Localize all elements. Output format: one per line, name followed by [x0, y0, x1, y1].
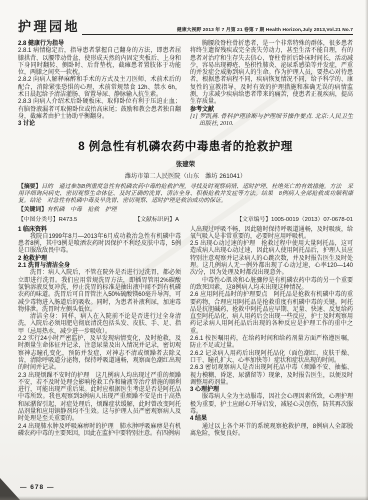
paragraph: 2.8.2 向病人解释麻醉和手术的方式及主刀医师、术前术后的配合，消除紧张恐惧的…: [18, 77, 181, 99]
paragraph: 2.6.3 密切观察病人是否出现阿托品中毒（烦躁不安、抽搐、视力模糊、昏迷、尿潴…: [190, 365, 353, 387]
page-content: 护理园地 健康大视野 2013 年 7 月第 21 卷第 7 期 Health …: [18, 20, 353, 438]
paragraph: 我院自1999年8月—2013年6月成功救治急性有机磷中毒患者8例，其中3例是喷…: [18, 234, 181, 256]
paragraph: 胸腰段脊柱骨折患者，是一个非常特殊的群体，很多患者将终生遗留残疾或完全丧失劳动力…: [190, 41, 353, 107]
document-code: 【文献标识码】A: [135, 216, 179, 224]
previous-article-body: 2.8 健康行为指导2.8.1 病情稳定后，指导患者掌握自己翻身的方法，即患者屈…: [18, 41, 353, 129]
keywords-text: 有机磷 中毒 抢救 护理: [47, 207, 117, 213]
abstract: 【摘要】目的 通过参加8例重度急性有机磷农药中毒的抢救护理，寻找及时观察病情、适…: [18, 184, 353, 205]
paragraph: 通过以上各个环节的系统观察抢救护理，8例病人全部脱离危险，恢复良好。: [190, 424, 353, 439]
section-heading: 4 结果: [190, 416, 353, 423]
article-body: 1 临床资料我院自1999年8月—2013年6月成功救治急性有机磷中毒患者8例，…: [18, 227, 353, 439]
body-right-column: 人出现过呼吸不畅，因此随时保持呼吸道通畅，及时吸痰，给氧气吸入是非常重要的，必要…: [190, 227, 353, 439]
section-heading: 1 临床资料: [18, 227, 181, 234]
paragraph: 2.6.2 记录病人用药后出现阿托品化（面色潮红、皮肤干燥、口干、瞳孔扩大、心率…: [190, 351, 353, 366]
section-heading: 3 讨论: [18, 121, 181, 128]
issue-info: 健康大视野 2013 年 7 月第 21 卷第 7 期 Health Horiz…: [177, 26, 353, 35]
paragraph: 2.6 应用阿托品时的护理要点 阿托品是抢救有机磷中毒的重要药物，合理应用阿托品…: [190, 292, 353, 336]
keywords-label: 【关键词】: [18, 207, 47, 213]
abstract-text: 目的 通过参加8例重度急性有机磷农药中毒的抢救护理，寻找及时观察病情、适时护理、…: [18, 184, 353, 204]
scanned-journal-page: 护理园地 健康大视野 2013 年 7 月第 21 卷第 7 期 Health …: [0, 0, 368, 500]
paragraph: 2.6.1 按医嘱用药，在给药时间和给药剂量方面严格遵医嘱，防止不足或过量。: [190, 336, 353, 351]
paragraph: 中毒性心肌炎和心脏骤停是有机磷农药中毒的另一个重要的致死因素，这8例病人均未出现…: [190, 278, 353, 293]
abstract-label: 【摘要】: [18, 184, 41, 190]
paragraph: 2.2 实行24小时严密监护，及早发现病情变化，及时抢救，及时测量生命体征并记录…: [18, 336, 181, 372]
author-name: 张建荣: [18, 159, 353, 168]
header-rule: 健康大视野 2013 年 7 月第 21 卷第 7 期 Health Horiz…: [82, 20, 353, 35]
paragraph: 人出现过呼吸不畅，因此随时保持呼吸道通畅，及时吸痰，给氧气吸入是非常重要的，必要…: [190, 227, 353, 242]
paragraph: 服毒病人全为主动服毒，因社会心理因素所致，心理护理极为重要，护士应耐心开导启发，…: [190, 394, 353, 416]
paragraph: [1] 罗凯燕. 骨科护理诊断与护理细节操作要点. 北京:人民卫生出版社, 20…: [190, 114, 353, 129]
section-heading: 参考文献: [190, 107, 353, 114]
paragraph: 2.3 出现烦躁不安时的护理 这几例病人均出现过严重的烦躁不安，若不及时处理会影…: [18, 373, 181, 424]
paragraph: 清洁全身：同样，病人在入院前不论是否进行过全身清洗，入院后必须用肥皂彻底清洗包括…: [18, 314, 181, 336]
prev-article-left-column: 2.8 健康行为指导2.8.1 病情稳定后，指导患者掌握自己翻身的方法，即患者屈…: [18, 41, 181, 129]
page-number: — 678 —: [20, 484, 54, 491]
scan-edge-bottom: [0, 496, 368, 500]
paragraph: 2.8.1 病情稳定后，指导患者掌握自己翻身的方法，即患者屈膝拱背、以腰带动骨盆…: [18, 48, 181, 77]
meta-line: 【中图分类号】R473.5 【文献标识码】A 【文章编号】1005-0019（2…: [18, 216, 353, 224]
section-heading: 2 抢救护理: [18, 256, 181, 263]
journal-header: 护理园地 健康大视野 2013 年 7 月第 21 卷第 7 期 Health …: [18, 20, 353, 35]
article-id: 【文章编号】1005-0019（2013）07-0678-01: [236, 216, 353, 224]
clc-number: 【中图分类号】R473.5: [18, 216, 77, 224]
body-left-column: 1 临床资料我院自1999年8月—2013年6月成功救治急性有机磷中毒患者8例，…: [18, 227, 181, 439]
paragraph: 2.4 出现肺水肿及呼吸麻痹时的护理 肺水肿呼吸麻痹是有机磷农药中毒的主要死因，…: [18, 424, 181, 439]
section-label: 护理园地: [18, 21, 80, 35]
paragraph: 2.5 出现心动过速的护理 抢救过程中使用大量阿托品，这可造成病人出现心动过速，…: [190, 241, 353, 277]
paragraph: 2.8.3 向病人介绍术后卧硬板床、取仰卧位有利于压迫止血；有脑脊液漏者可取俯卧…: [18, 99, 181, 121]
paragraph: 洗胃：病人入院后，不管在院外是否进行过洗胃，都必须立即进行洗胃。我们应用常规洗胃…: [18, 270, 181, 314]
article-title: 8 例急性有机磷农药中毒患者的抢救护理: [18, 138, 353, 154]
keywords: 【关键词】有机磷 中毒 抢救 护理: [18, 207, 353, 214]
prev-article-right-column: 胸腰段脊柱骨折患者，是一个非常特殊的群体，很多患者将终生遗留残疾或完全丧失劳动力…: [190, 41, 353, 129]
author-affiliation: 潍坊市第二人民医院（山东 潍坊 261041）: [18, 171, 353, 180]
